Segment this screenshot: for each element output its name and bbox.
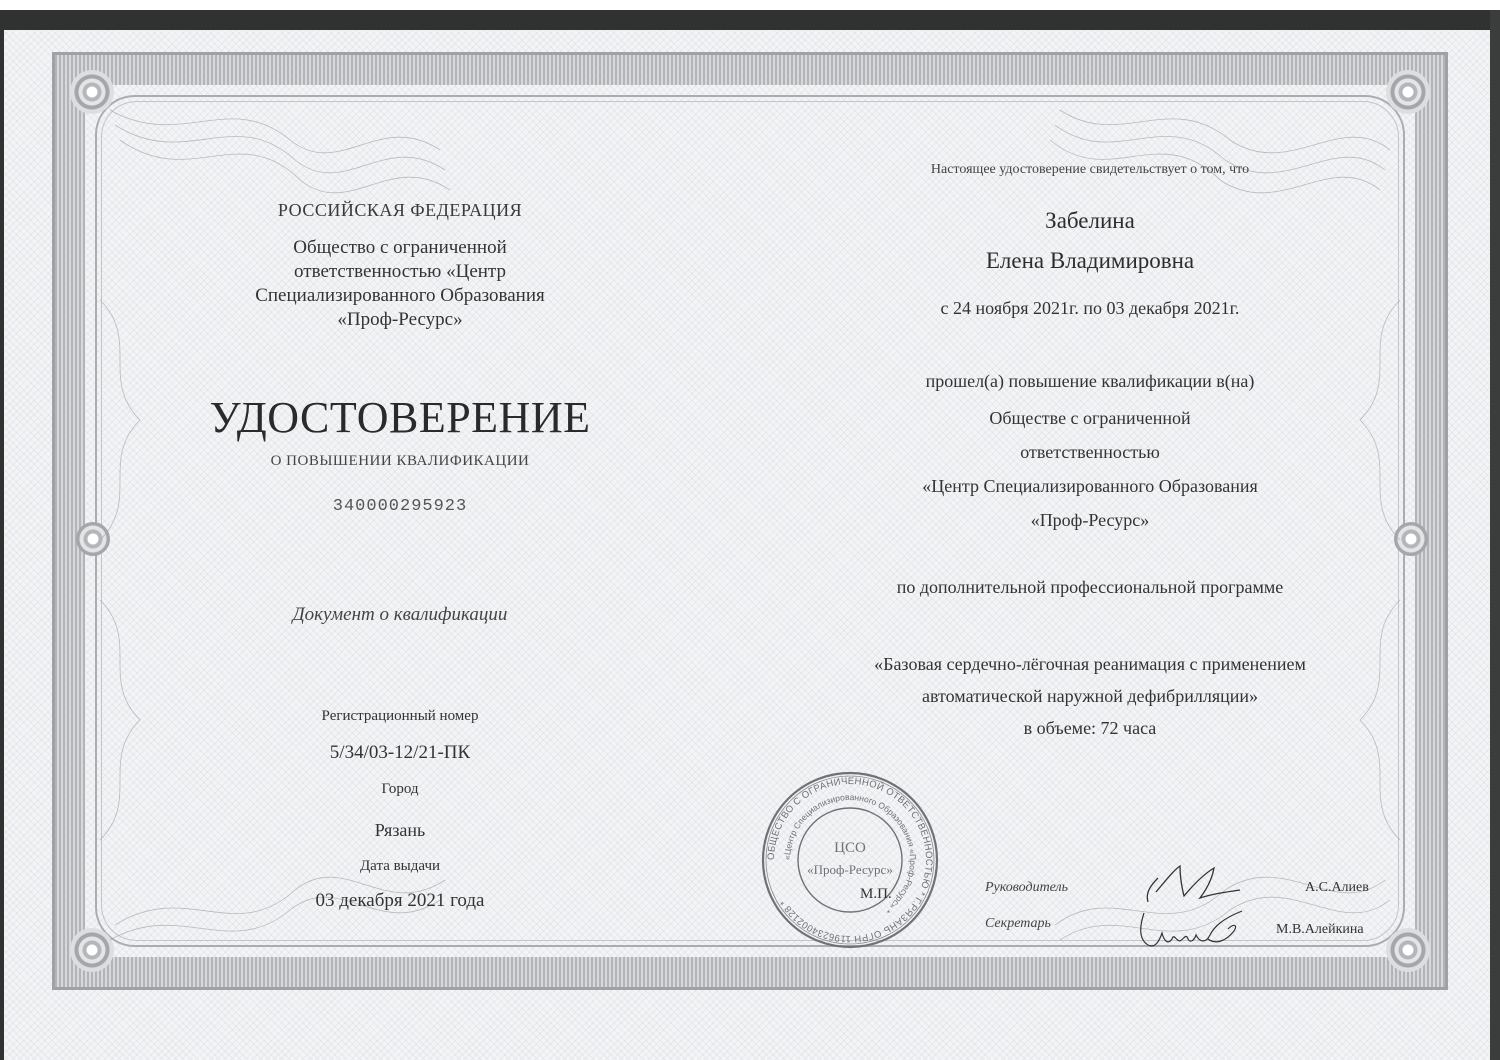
organization-line: «Центр Специализированного Образования bbox=[830, 469, 1350, 503]
document-type: Документ о квалификации bbox=[200, 604, 600, 626]
city-label: Город bbox=[200, 781, 600, 798]
stamp-place-label: М.П. bbox=[860, 886, 892, 903]
issuer-line: ответственностью «Центр bbox=[200, 260, 600, 284]
training-period: с 24 ноября 2021г. по 03 декабря 2021г. bbox=[830, 298, 1350, 319]
organization-line: Обществе с ограниченной bbox=[830, 401, 1350, 435]
seal-center-name: «Проф-Ресурс» bbox=[807, 862, 893, 877]
signatory-role-secretary: Секретарь bbox=[985, 916, 1051, 932]
corner-rosette-icon bbox=[70, 70, 114, 114]
scan-dark-band bbox=[0, 10, 1500, 30]
issuer-line: «Проф-Ресурс» bbox=[200, 308, 600, 332]
country-heading: РОССИЙСКАЯ ФЕДЕРАЦИЯ bbox=[200, 200, 600, 221]
signatory-name-head: А.С.Алиев bbox=[1305, 880, 1369, 896]
issuer-organization: Общество с ограниченной ответственностью… bbox=[200, 236, 600, 332]
program-hours: в объеме: 72 часа bbox=[830, 712, 1350, 744]
corner-rosette-icon bbox=[1386, 70, 1430, 114]
signatory-name-secretary: М.В.Алейкина bbox=[1276, 922, 1364, 938]
organization-seal: ОБЩЕСТВО С ОГРАНИЧЕННОЙ ОТВЕТСТВЕННОСТЬЮ… bbox=[760, 770, 940, 950]
certifies-statement: Настоящее удостоверение свидетельствует … bbox=[830, 162, 1350, 178]
holder-surname: Забелина bbox=[830, 208, 1350, 234]
issue-date-label: Дата выдачи bbox=[200, 858, 600, 875]
organization-line: «Проф-Ресурс» bbox=[830, 503, 1350, 537]
issuer-line: Специализированного Образования bbox=[200, 284, 600, 308]
registration-label: Регистрационный номер bbox=[200, 708, 600, 725]
program-label: по дополнительной профессиональной прогр… bbox=[830, 577, 1350, 598]
corner-rosette-icon bbox=[70, 928, 114, 972]
side-rosette-icon bbox=[1394, 522, 1428, 556]
issuer-line: Общество с ограниченной bbox=[200, 236, 600, 260]
seal-center-abbrev: ЦСО bbox=[834, 840, 866, 856]
corner-rosette-icon bbox=[1386, 928, 1430, 972]
issue-date: 03 декабря 2021 года bbox=[200, 890, 600, 912]
organization-line: ответственностью bbox=[830, 435, 1350, 469]
document-title: УДОСТОВЕРЕНИЕ bbox=[200, 392, 600, 443]
serial-number: 340000295923 bbox=[200, 497, 600, 516]
signature-secretary bbox=[1130, 905, 1260, 955]
program-title-line: автоматической наружной дефибрилляции» bbox=[830, 680, 1350, 712]
scan-edge-right bbox=[1490, 10, 1500, 1060]
signatory-role-head: Руководитель bbox=[985, 880, 1068, 896]
program-details: «Базовая сердечно-лёгочная реанимация с … bbox=[830, 648, 1350, 744]
side-rosette-icon bbox=[76, 522, 110, 556]
city-value: Рязань bbox=[200, 820, 600, 841]
scan-margin-top bbox=[0, 0, 1500, 10]
registration-number: 5/34/03-12/21-ПК bbox=[200, 742, 600, 764]
scan-edge-left bbox=[0, 30, 4, 1060]
document-subtitle: О ПОВЫШЕНИИ КВАЛИФИКАЦИИ bbox=[200, 453, 600, 470]
completed-statement: прошел(а) повышение квалификации в(на) bbox=[830, 371, 1350, 392]
holder-given-names: Елена Владимировна bbox=[830, 248, 1350, 274]
program-title-line: «Базовая сердечно-лёгочная реанимация с … bbox=[830, 648, 1350, 680]
training-organization: Обществе с ограниченной ответственностью… bbox=[830, 401, 1350, 537]
